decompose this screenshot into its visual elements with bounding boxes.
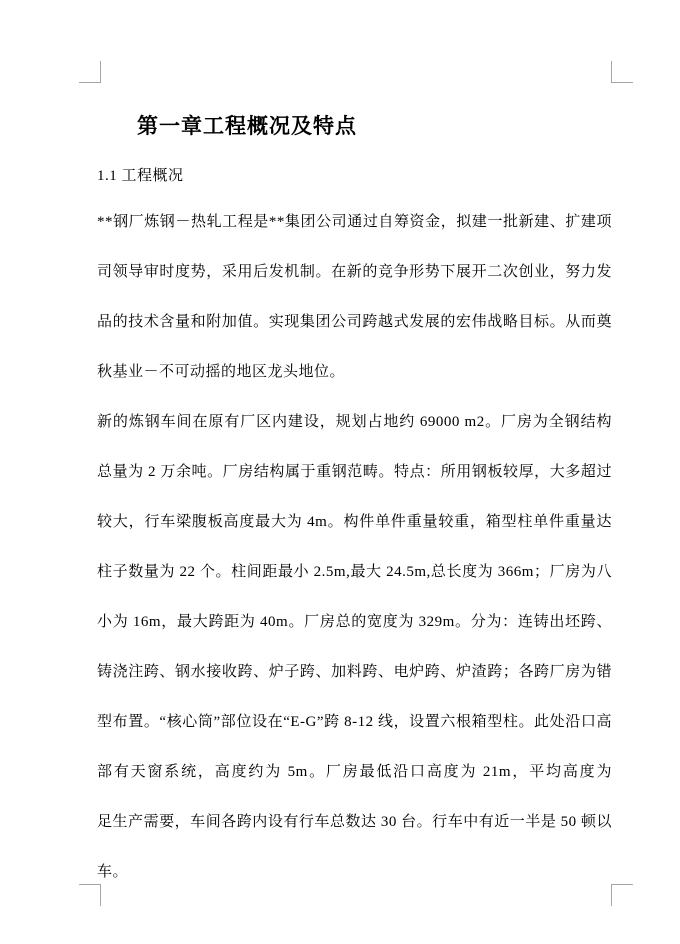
text-line: **钢厂炼钢－热轧工程是**集团公司通过自筹资金，拟建一批新建、扩建项目。**钢… xyxy=(97,197,612,247)
text-line: 足生产需要，车间各跨内设有行车总数达 30 台。行车中有近一半是 50 顿以上重… xyxy=(97,797,612,847)
text-line: 铸浇注跨、钢水接收跨、炉子跨、加料跨、电炉跨、炉渣跨；各跨厂房为错层设计。呈“L… xyxy=(97,647,612,697)
text-line: 司领导审时度势，采用后发机制。在新的竞争形势下展开二次创业，努力发展新品种。提高… xyxy=(97,247,612,297)
paragraph: 新的炼钢车间在原有厂区内建设，规划占地约 69000 m2。厂房为全钢结构设计，… xyxy=(97,397,612,897)
text-line: 秋基业－不可动摇的地区龙头地位。 xyxy=(97,347,612,397)
section-heading: 1.1 工程概况 xyxy=(97,166,184,186)
document-page: 第一章工程概况及特点 1.1 工程概况 **钢厂炼钢－热轧工程是**集团公司通过… xyxy=(0,0,680,944)
text-line: 较大，行车梁腹板高度最大为 4m。构件单件重量较重，箱型柱单件重量达 108 吨… xyxy=(97,497,612,547)
document-body: **钢厂炼钢－热轧工程是**集团公司通过自筹资金，拟建一批新建、扩建项目。**钢… xyxy=(97,197,612,897)
text-line: 型布置。“核心筒”部位设在“E-G”跨 8-12 线，设置六根箱型柱。此处沿口高… xyxy=(97,697,612,747)
text-boundary-mark-bottom-right xyxy=(611,884,633,906)
chapter-title: 第一章工程概况及特点 xyxy=(97,112,612,140)
text-line: 新的炼钢车间在原有厂区内建设，规划占地约 69000 m2。厂房为全钢结构设计，… xyxy=(97,397,612,447)
text-line: 总量为 2 万余吨。厂房结构属于重钢范畴。特点：所用钢板较厚，大多超过 24mm… xyxy=(97,447,612,497)
paragraph: **钢厂炼钢－热轧工程是**集团公司通过自筹资金，拟建一批新建、扩建项目。**钢… xyxy=(97,197,612,397)
text-line: 部有天窗系统，高度约为 5m。厂房最低沿口高度为 21m，平均高度为 39m；“… xyxy=(97,747,612,797)
text-line: 柱子数量为 22 个。柱间距最小 2.5m,最大 24.5m,总长度为 366m… xyxy=(97,547,612,597)
text-line: 车。 xyxy=(97,847,612,897)
text-line: 品的技术含量和附加值。实现集团公司跨越式发展的宏伟战略目标。从而奠定了**集团公… xyxy=(97,297,612,347)
text-line: 小为 16m，最大跨距为 40m。厂房总的宽度为 329m。分为：连铸出坯跨、连… xyxy=(97,597,612,647)
text-boundary-mark-top-right xyxy=(611,61,633,83)
text-boundary-mark-top-left xyxy=(79,61,101,83)
